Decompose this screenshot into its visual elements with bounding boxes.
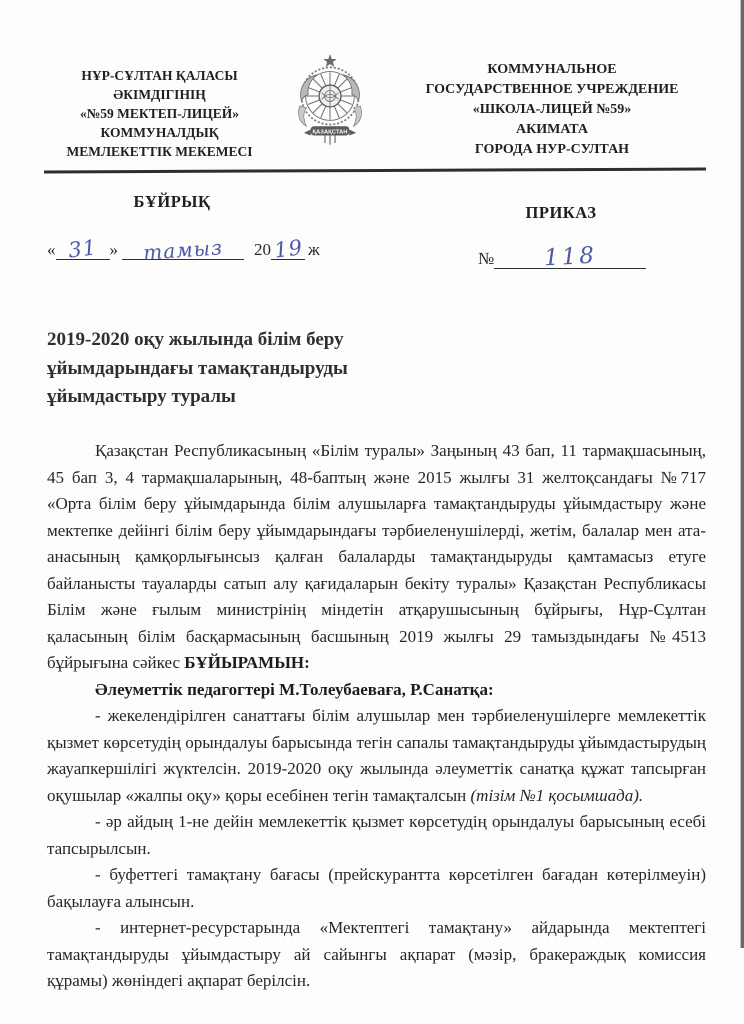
org-kk-line: ӘКІМДІГІНІҢ: [52, 85, 267, 104]
org-name-kazakh: НҰР-СҰЛТАН ҚАЛАСЫ ӘКІМДІГІНІҢ «№59 МЕКТЕ…: [52, 66, 267, 161]
handwritten-day: 31: [67, 238, 98, 259]
order-item-3: - буфеттегі тамақтану бағасы (прейскуран…: [47, 862, 706, 915]
org-ru-line: ГОРОДА НУР-СУЛТАН: [398, 140, 706, 160]
org-ru-line: КОММУНАЛЬНОЕ: [398, 60, 706, 80]
quote-close: »: [110, 240, 119, 260]
order-block-kazakh: БҰЙРЫҚ « 31 » тамыз 20 19 ж: [47, 192, 347, 260]
order-verb: БҰЙЫРАМЫН:: [184, 653, 310, 672]
org-kk-line: «№59 МЕКТЕП-ЛИЦЕЙ»: [52, 104, 267, 123]
year-underline: 19: [271, 238, 305, 260]
scan-right-edge-shadow: [740, 0, 741, 948]
org-name-russian: КОММУНАЛЬНОЕ ГОСУДАРСТВЕННОЕ УЧРЕЖДЕНИЕ …: [398, 60, 706, 160]
year-prefix: 20: [254, 240, 271, 260]
org-ru-line: ГОСУДАРСТВЕННОЕ УЧРЕЖДЕНИЕ: [398, 80, 706, 100]
number-underline: 118: [494, 247, 646, 269]
order-block-russian: ПРИКАЗ № 118: [420, 203, 702, 269]
header-divider: [44, 168, 706, 174]
org-kk-line: КОММУНАЛДЫҚ: [52, 123, 267, 142]
org-ru-line: АКИМАТА: [398, 120, 706, 140]
handwritten-month: тамыз: [143, 238, 224, 262]
order-title-ru: ПРИКАЗ: [420, 203, 702, 223]
preamble-paragraph: Қазақстан Республикасының «Білім туралы»…: [47, 438, 706, 677]
number-sign: №: [478, 249, 494, 269]
subject-line: ұйымдарындағы тамақтандыруды: [47, 355, 477, 384]
subject-line: 2019-2020 оқу жылында білім беру: [47, 326, 477, 355]
scanned-order-document: НҰР-СҰЛТАН ҚАЛАСЫ ӘКІМДІГІНІҢ «№59 МЕКТЕ…: [0, 0, 744, 1024]
addressees-line: Әлеуметтік педагогтері М.Толеубаеваға, Р…: [47, 677, 706, 704]
addressees-text: Әлеуметтік педагогтері М.Толеубаеваға, Р…: [95, 680, 494, 699]
item1-annex-note: (тізім №1 қосымшада).: [471, 786, 644, 805]
year-unit: ж: [308, 240, 320, 260]
order-number-line: № 118: [420, 247, 702, 269]
kazakhstan-emblem-icon: ҚАЗАҚСТАН: [288, 52, 372, 150]
month-underline: тамыз: [122, 238, 244, 260]
quote-open: «: [47, 240, 56, 260]
subject-line: ұйымдастыру туралы: [47, 383, 477, 412]
day-underline: 31: [56, 238, 110, 260]
org-kk-line: НҰР-СҰЛТАН ҚАЛАСЫ: [52, 66, 267, 85]
handwritten-year: 19: [273, 238, 304, 259]
org-kk-line: МЕМЛЕКЕТТІК МЕКЕМЕСІ: [52, 142, 267, 161]
preamble-text: Қазақстан Республикасының «Білім туралы»…: [47, 441, 706, 672]
order-title-kk: БҰЙРЫҚ: [47, 192, 297, 212]
order-item-1: - жекелендірілген санаттағы білім алушыл…: [47, 703, 706, 809]
handwritten-date-line: « 31 » тамыз 20 19 ж: [47, 238, 347, 260]
order-subject: 2019-2020 оқу жылында білім беру ұйымдар…: [47, 326, 477, 412]
order-body-text: Қазақстан Республикасының «Білім туралы»…: [47, 438, 706, 995]
handwritten-number: 118: [543, 247, 597, 268]
emblem-banner-text: ҚАЗАҚСТАН: [312, 129, 347, 135]
order-item-2: - әр айдың 1-не дейін мемлекеттік қызмет…: [47, 809, 706, 862]
org-ru-line: «ШКОЛА-ЛИЦЕЙ №59»: [398, 100, 706, 120]
order-item-4: - интернет-ресурстарында «Мектептегі там…: [47, 915, 706, 995]
